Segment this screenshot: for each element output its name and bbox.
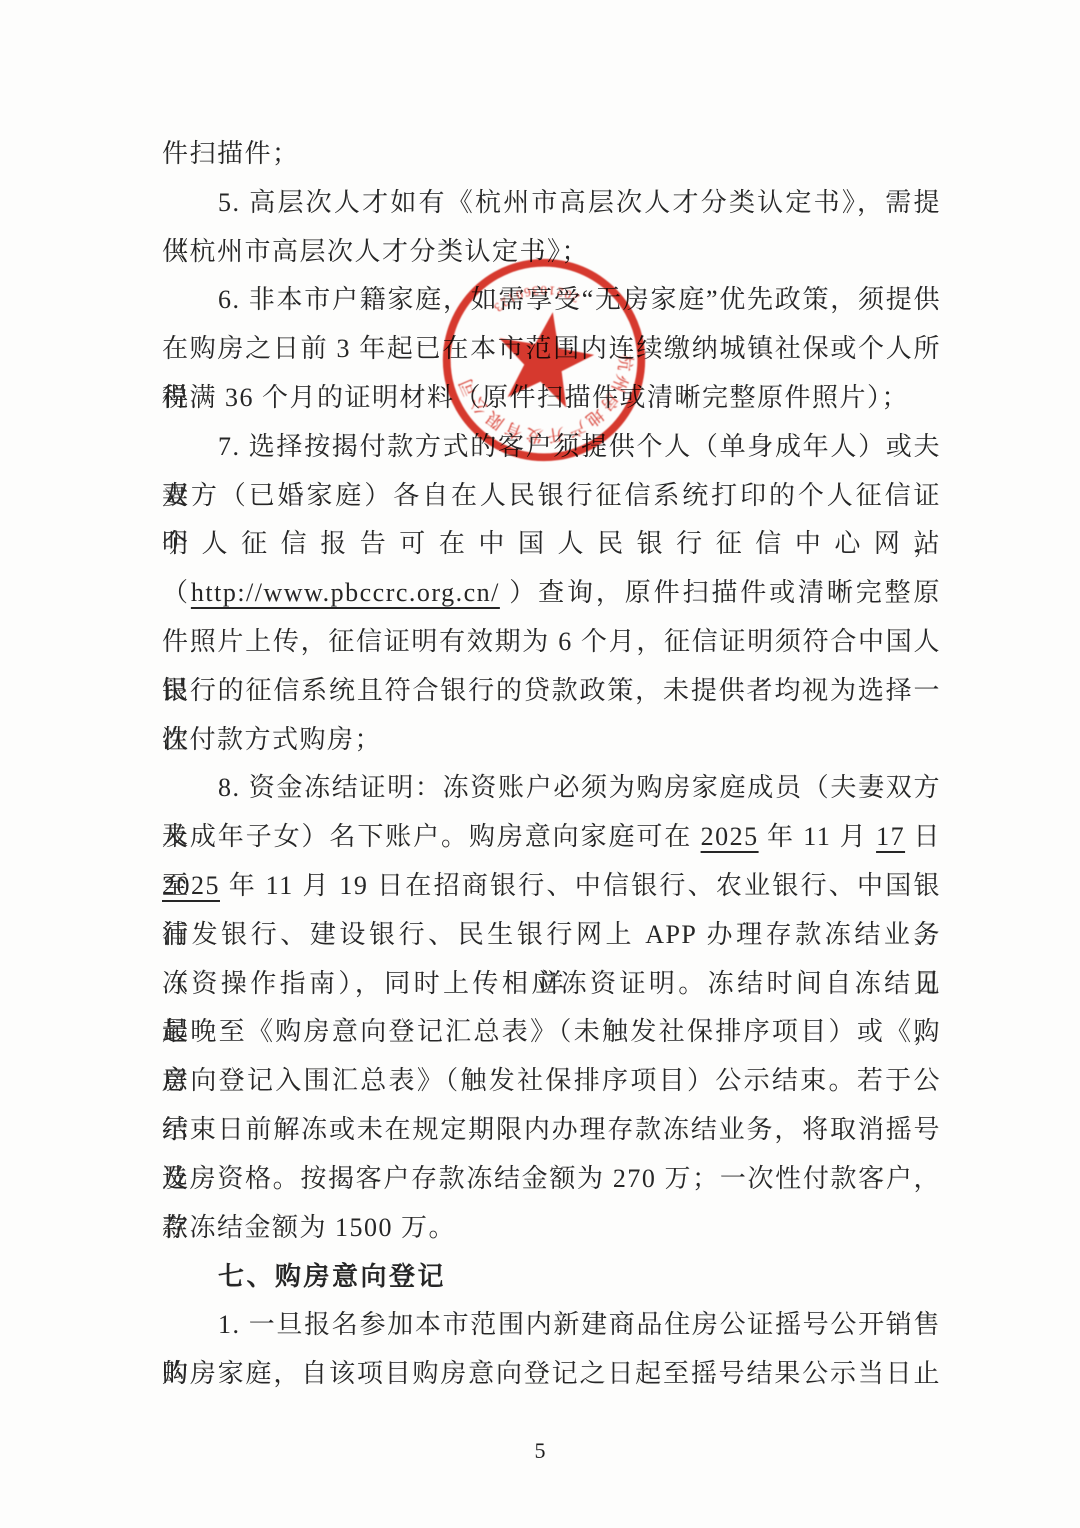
text-run: 6. 非本市户籍家庭，如需享受“无房家庭”优先政策，须提供 bbox=[218, 285, 941, 314]
text-line: 件照片上传，征信证明有效期为 6 个月，征信证明须符合中国人民 bbox=[162, 618, 941, 667]
credit-center-url: http://www.pbccrc.org.cn/ bbox=[191, 578, 500, 607]
text-line: 最晚至《购房意向登记汇总表》（未触发社保排序项目）或《购房 bbox=[162, 1008, 941, 1057]
text-line: 2025 年 11 月 19 日在招商银行、中信银行、农业银行、中国银行、 bbox=[162, 862, 941, 911]
text-run: 《杭州市高层次人才分类认定书》； bbox=[162, 237, 589, 266]
text-line: 《杭州市高层次人才分类认定书》； bbox=[162, 228, 941, 277]
text-line: 双方（已婚家庭）各自在人民银行征信系统打印的个人征信证明， bbox=[162, 472, 941, 521]
section-heading: 七、购房意向登记 bbox=[162, 1252, 941, 1301]
text-line: 购房家庭，自该项目购房意向登记之日起至摇号结果公示当日止 bbox=[162, 1350, 941, 1399]
text-line: 款冻结金额为 1500 万。 bbox=[162, 1204, 941, 1253]
text-line: 6. 非本市户籍家庭，如需享受“无房家庭”优先政策，须提供 bbox=[162, 276, 941, 325]
text-line: 冻资操作指南），同时上传相应冻资证明。冻结时间自冻结日起， bbox=[162, 960, 941, 1009]
text-line: 选房资格。按揭客户存款冻结金额为 270 万；一次性付款客户，存 bbox=[162, 1155, 941, 1204]
text-run: 购房家庭，自该项目购房意向登记之日起至摇号结果公示当日止 bbox=[162, 1359, 941, 1388]
text-line: 性付款方式购房； bbox=[162, 716, 941, 765]
text-line: 5. 高层次人才如有《杭州市高层次人才分类认定书》，需提供 bbox=[162, 179, 941, 228]
underlined-text: 2025 bbox=[701, 822, 759, 851]
text-line: 8. 资金冻结证明：冻资账户必须为购房家庭成员（夫妻双方及 bbox=[162, 764, 941, 813]
text-run: 件扫描件； bbox=[162, 139, 300, 168]
text-line: （http://www.pbccrc.org.cn/ ）查询，原件扫描件或清晰完… bbox=[162, 569, 941, 618]
text-line: 浦发银行、建设银行、民生银行网上 APP 办理存款冻结业务（详见 bbox=[162, 911, 941, 960]
text-line: 个人征信报告可在中国人民银行征信中心网站 bbox=[162, 520, 941, 569]
underlined-text: 17 bbox=[876, 822, 905, 851]
text-line: 银行的征信系统且符合银行的贷款政策，未提供者均视为选择一次 bbox=[162, 667, 941, 716]
text-run: 七、购房意向登记 bbox=[218, 1261, 446, 1291]
text-run: 年 11 月 bbox=[759, 822, 876, 851]
text-line: 7. 选择按揭付款方式的客户须提供个人（单身成年人）或夫妻 bbox=[162, 423, 941, 472]
text-line: 1. 一旦报名参加本市范围内新建商品住房公证摇号公开销售的 bbox=[162, 1301, 941, 1350]
text-line: 件扫描件； bbox=[162, 130, 941, 179]
text-line: 未成年子女）名下账户。购房意向家庭可在 2025 年 11 月 17 日至 bbox=[162, 813, 941, 862]
text-run: （ bbox=[162, 578, 191, 607]
text-run: 税满 36 个月的证明材料（原件扫描件或清晰完整原件照片）； bbox=[162, 383, 909, 412]
text-run: ）查询，原件扫描件或清晰完整原 bbox=[500, 578, 941, 607]
text-line: 结束日前解冻或未在规定期限内办理存款冻结业务，将取消摇号及 bbox=[162, 1106, 941, 1155]
text-line: 意向登记入围汇总表》（触发社保排序项目）公示结束。若于公示 bbox=[162, 1057, 941, 1106]
text-run: 性付款方式购房； bbox=[162, 725, 382, 754]
scanned-document-page: 件扫描件；5. 高层次人才如有《杭州市高层次人才分类认定书》，需提供《杭州市高层… bbox=[0, 0, 1080, 1528]
text-line: 在购房之日前 3 年起已在本市范围内连续缴纳城镇社保或个人所得 bbox=[162, 325, 941, 374]
underlined-text: 2025 bbox=[162, 871, 220, 900]
text-run: 未成年子女）名下账户。购房意向家庭可在 bbox=[162, 822, 701, 851]
text-line: 税满 36 个月的证明材料（原件扫描件或清晰完整原件照片）； bbox=[162, 374, 941, 423]
page-number: 5 bbox=[0, 1438, 1080, 1464]
document-body: 件扫描件；5. 高层次人才如有《杭州市高层次人才分类认定书》，需提供《杭州市高层… bbox=[162, 130, 941, 1399]
text-run: 款冻结金额为 1500 万。 bbox=[162, 1213, 456, 1242]
text-run: 个人征信报告可在中国人民银行征信中心网站 bbox=[162, 529, 941, 558]
